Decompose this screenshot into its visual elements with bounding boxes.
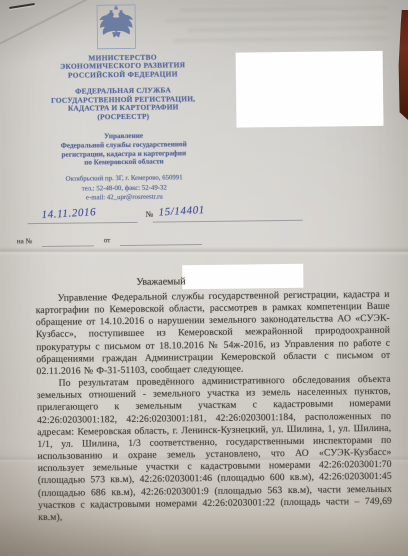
- handwritten-number: 15/14401: [158, 204, 205, 219]
- reply-from-label: от: [104, 236, 111, 244]
- body-paragraph-2: По результатам проведённого администрати…: [37, 374, 393, 524]
- number-underline: [153, 220, 303, 223]
- letterhead-service: ФЕДЕРАЛЬНАЯ СЛУЖБА ГОСУДАРСТВЕННОЙ РЕГИС…: [10, 85, 236, 123]
- bleed-through-text: [165, 6, 393, 49]
- letterhead-email: e-mail: 42_upr@rosreestr.ru: [11, 192, 237, 204]
- letterhead-line: РОССИЙСКОЙ ФЕДЕРАЦИИ: [10, 69, 236, 80]
- salutation-text: Уважаемый: [136, 276, 185, 288]
- number-sign: №: [146, 210, 154, 219]
- letterhead-office: Управление Федеральной службы государств…: [11, 131, 237, 169]
- russian-coat-of-arms-emblem: [96, 4, 137, 50]
- handwritten-date: 14.11.2016: [41, 206, 96, 221]
- reply-number-label: на №: [17, 237, 32, 245]
- letterhead-ministry: МИНИСТЕРСТВО ЭКОНОМИЧЕСКОГО РАЗВИТИЯ РОС…: [10, 53, 236, 81]
- redaction-box-recipient-name: [182, 264, 303, 289]
- letterhead-line: по Кемеровской области: [11, 157, 237, 169]
- letterhead: МИНИСТЕРСТВО ЭКОНОМИЧЕСКОГО РАЗВИТИЯ РОС…: [10, 53, 238, 204]
- letterhead-line: (РОСРЕЕСТР): [10, 112, 236, 124]
- date-underline: [28, 222, 138, 224]
- redaction-box-addressee: [236, 51, 384, 128]
- reply-number-underline: [42, 245, 94, 247]
- document-content: МИНИСТЕРСТВО ЭКОНОМИЧЕСКОГО РАЗВИТИЯ РОС…: [0, 0, 408, 556]
- reply-date-underline: [120, 244, 202, 246]
- photographed-letter: МИНИСТЕРСТВО ЭКОНОМИЧЕСКОГО РАЗВИТИЯ РОС…: [0, 0, 408, 556]
- letter-body: Управление Федеральной службы государств…: [36, 289, 393, 524]
- letterhead-contacts: Октябрьский пр. 3Г, г. Кемерово, 650991 …: [11, 173, 237, 204]
- body-paragraph-1: Управление Федеральной службы государств…: [36, 289, 391, 378]
